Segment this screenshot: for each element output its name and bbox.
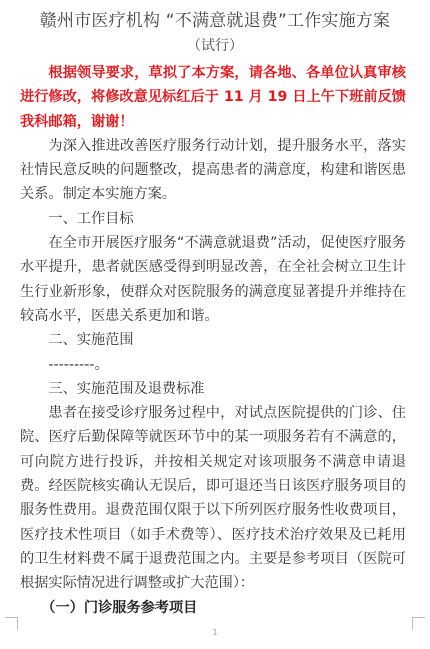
document-title: 赣州市医疗机构 “不满意就退费”工作实施方案	[0, 9, 430, 33]
section-content-refund-standards: 患者在接受诊疗服务过程中，对试点医院提供的门诊、住院、医疗后勤保障等就医环节中的…	[20, 401, 406, 595]
section-heading-goals: 一、工作目标	[20, 207, 406, 231]
section-heading-refund-standards: 三、实施范围及退费标准	[20, 377, 406, 401]
document-page: 赣州市医疗机构 “不满意就退费”工作实施方案 （试行） 根据领导要求，草拟了本方…	[0, 0, 430, 649]
subheading-outpatient-items: （一）门诊服务参考项目	[20, 596, 406, 620]
section-content-goals: 在全市开展医疗服务“不满意就退费”活动，促使医疗服务水平提升，患者就医感受得到明…	[20, 231, 406, 328]
document-subtitle: （试行）	[0, 36, 430, 56]
section-heading-scope: 二、实施范围	[20, 328, 406, 352]
page-number: 1	[0, 628, 430, 637]
document-body: 根据领导要求，草拟了本方案，请各地、各单位认真审核进行修改，将修改意见标红后于 …	[20, 61, 406, 620]
section-content-scope: ---------。	[20, 353, 406, 377]
review-notice: 根据领导要求，草拟了本方案，请各地、各单位认真审核进行修改，将修改意见标红后于 …	[20, 61, 406, 134]
intro-paragraph: 为深入推进改善医疗服务行动计划，提升服务水平，落实社情民意反映的问题整改，提高患…	[20, 134, 406, 207]
